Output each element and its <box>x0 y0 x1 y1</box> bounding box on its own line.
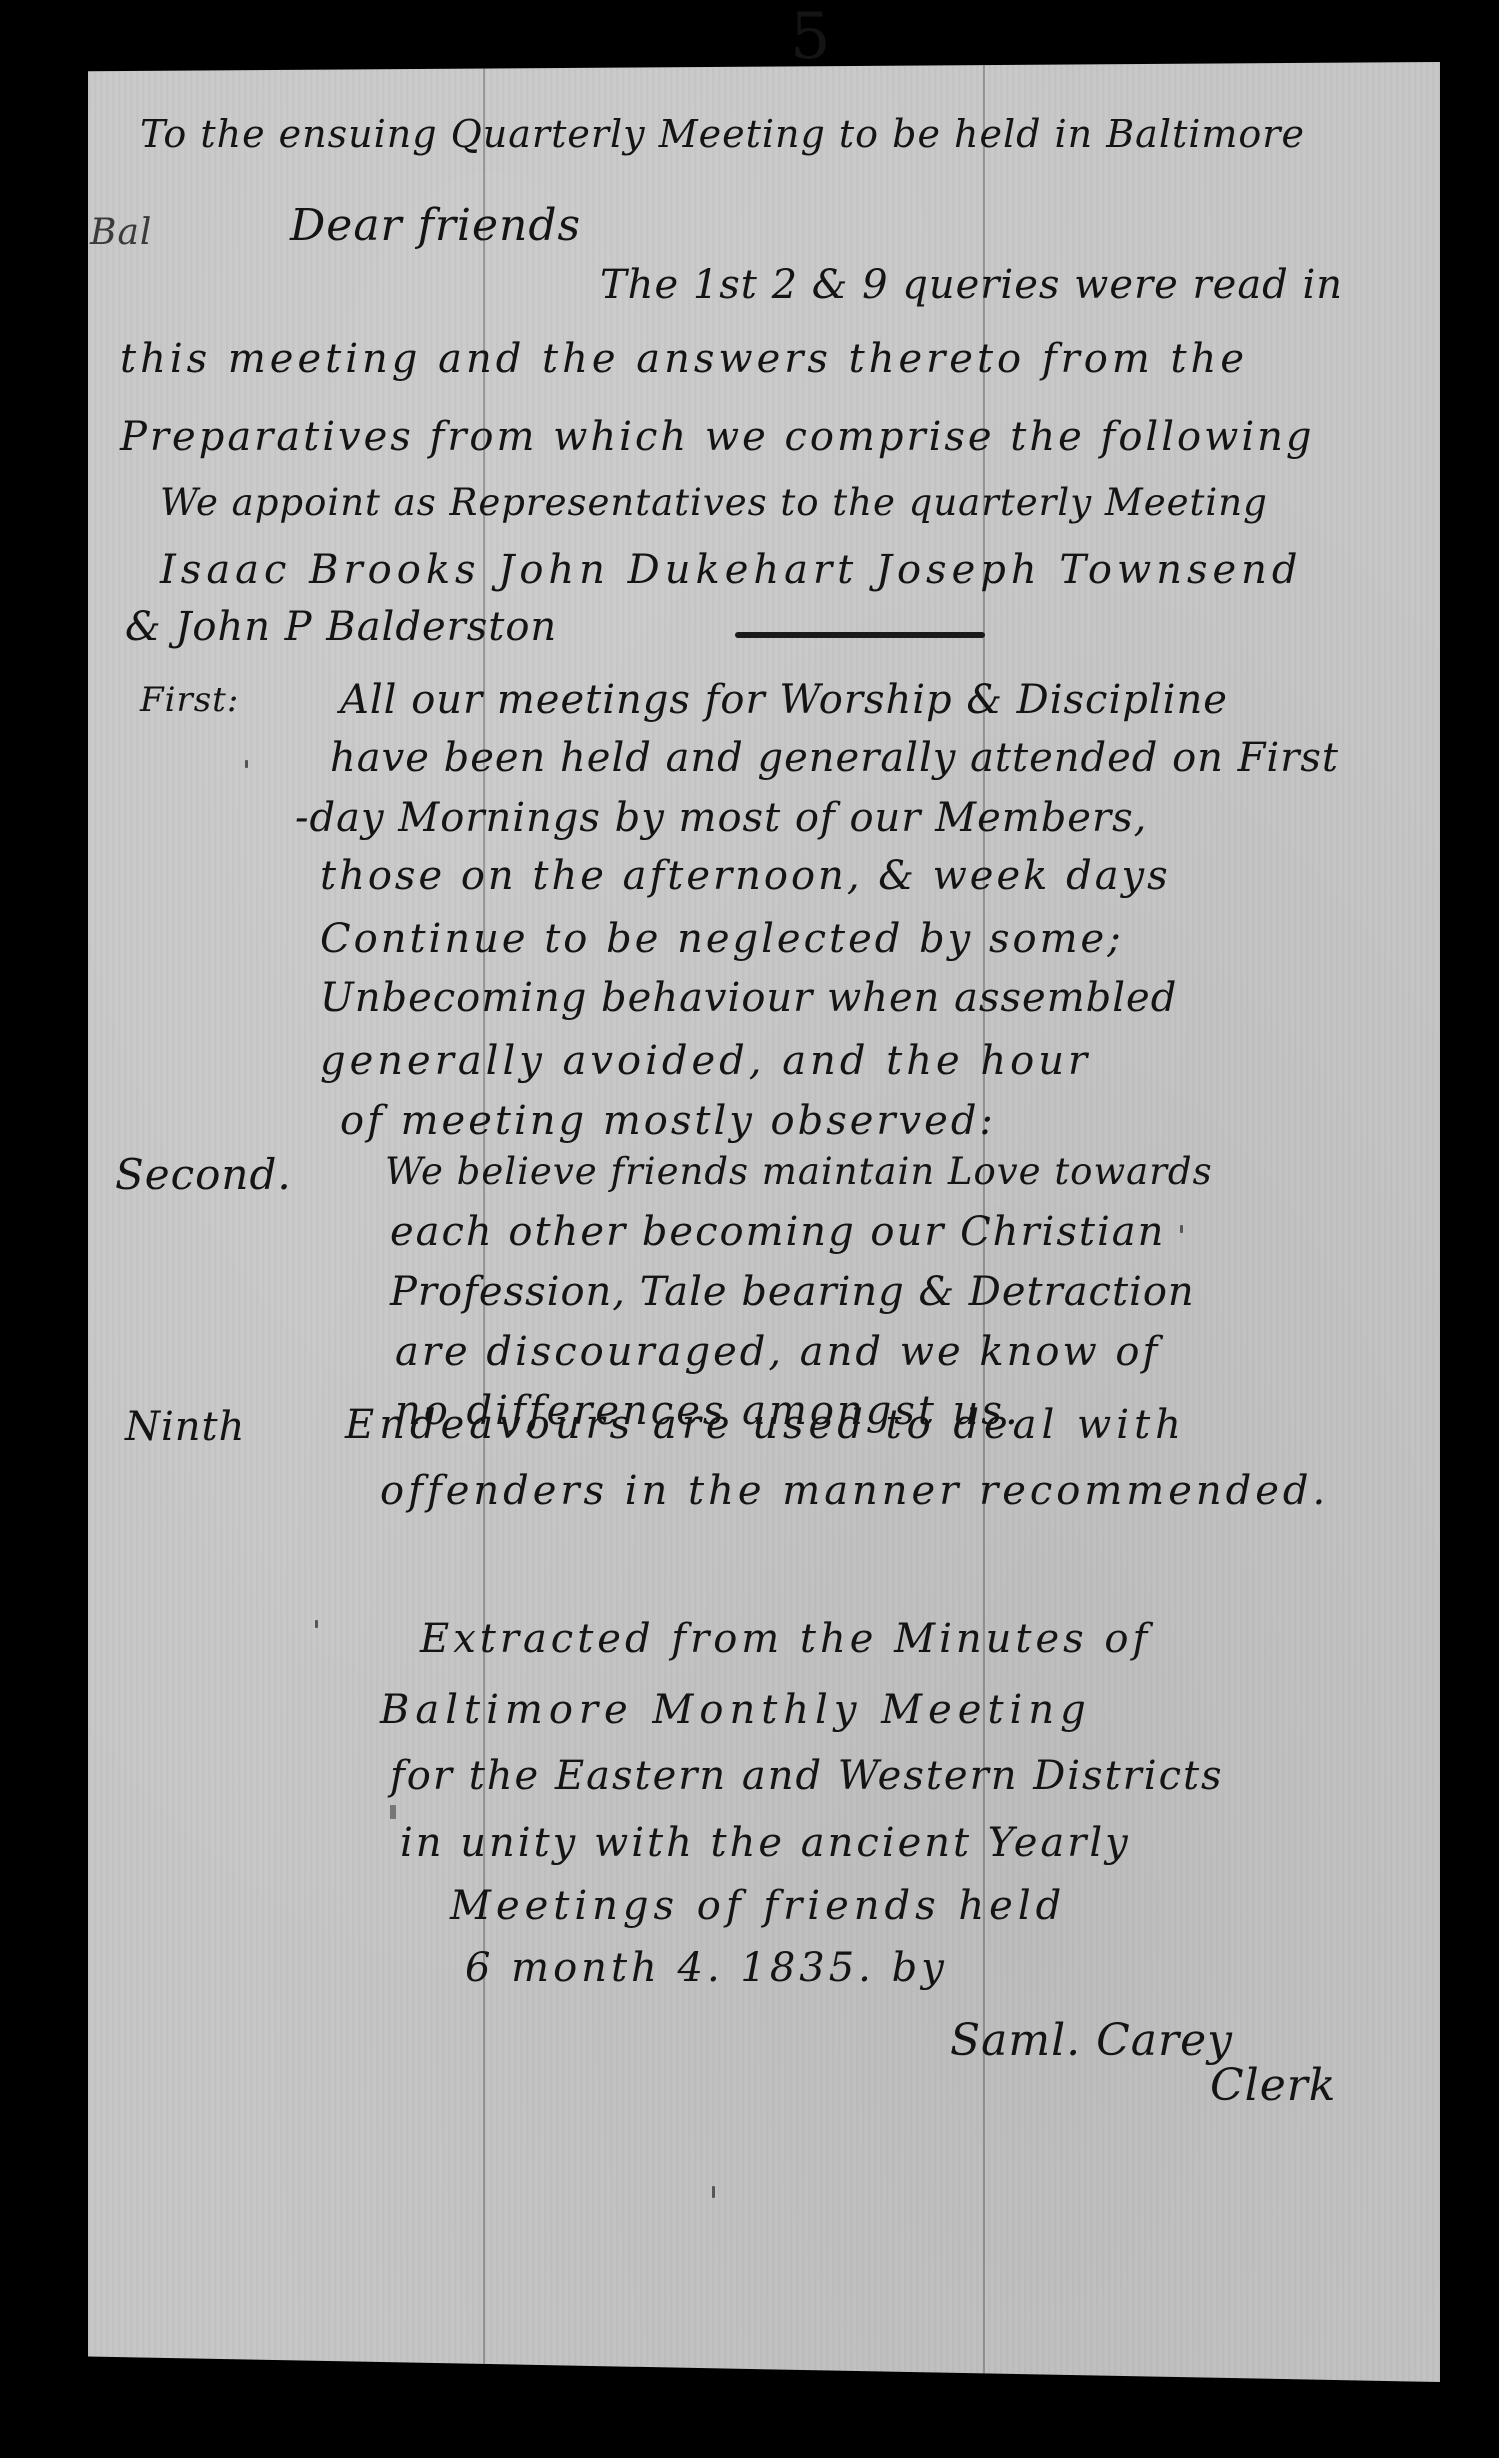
intro-line: this meeting and the answers thereto fro… <box>120 336 1248 382</box>
section-line: generally avoided, and the hour <box>320 1038 1091 1084</box>
section-line: Endeavours are used to deal with <box>345 1402 1186 1448</box>
closing-line: Baltimore Monthly Meeting <box>380 1687 1092 1733</box>
ink-speck <box>712 2186 715 2198</box>
section-line: offenders in the manner recommended. <box>380 1468 1329 1514</box>
section-label-first: First: <box>140 680 239 720</box>
section-line: of meeting mostly observed: <box>340 1098 996 1144</box>
section-line: Continue to be neglected by some; <box>320 916 1124 962</box>
section-line: have been held and generally attended on… <box>330 735 1339 781</box>
section-line: Profession, Tale bearing & Detraction <box>390 1269 1195 1315</box>
section-line: those on the afternoon, & week days <box>320 853 1171 899</box>
signature: Saml. Carey <box>950 2015 1233 2066</box>
section-line: each other becoming our Christian <box>390 1209 1165 1255</box>
page-number: 5 <box>790 0 832 74</box>
ink-flourish <box>735 632 985 638</box>
closing-date: 6 month 4. 1835. by <box>465 1945 948 1991</box>
section-line: Unbecoming behaviour when assembled <box>320 975 1177 1021</box>
section-line: All our meetings for Worship & Disciplin… <box>340 677 1228 723</box>
ink-speck <box>245 760 248 768</box>
closing-line: Meetings of friends held <box>450 1883 1066 1929</box>
closing-line: for the Eastern and Western Districts <box>390 1753 1224 1799</box>
salutation: Dear friends <box>290 200 581 251</box>
section-line: are discouraged, and we know of <box>395 1329 1160 1375</box>
ink-blot <box>390 1805 396 1819</box>
section-label-ninth: Ninth <box>125 1404 245 1450</box>
section-label-second: Second. <box>115 1150 292 1199</box>
section-line: We believe friends maintain Love towards <box>385 1150 1213 1193</box>
representatives-names: Isaac Brooks John Dukehart Joseph Townse… <box>160 547 1303 593</box>
intro-line: We appoint as Representatives to the qua… <box>160 481 1268 524</box>
header-line: To the ensuing Quarterly Meeting to be h… <box>140 112 1305 156</box>
ink-speck <box>315 1620 318 1628</box>
intro-line: The 1st 2 & 9 queries were read in <box>600 262 1343 308</box>
intro-line: Preparatives from which we comprise the … <box>120 414 1314 460</box>
section-line: -day Mornings by most of our Members, <box>295 795 1147 841</box>
closing-line: in unity with the ancient Yearly <box>400 1820 1131 1866</box>
closing-line: Extracted from the Minutes of <box>420 1616 1151 1662</box>
representatives-names: & John P Balderston <box>125 604 557 650</box>
ink-speck <box>1180 1225 1183 1233</box>
margin-note: Bal <box>90 212 152 253</box>
signature-title: Clerk <box>1210 2060 1336 2111</box>
